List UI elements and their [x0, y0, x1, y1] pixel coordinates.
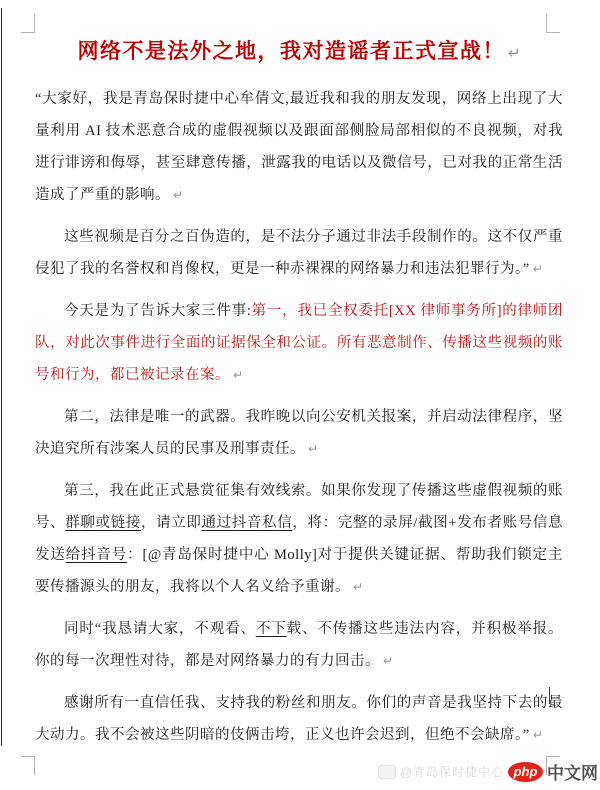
margin-crop-mark-bottom-left: [21, 756, 35, 775]
site-name-label: 中文网: [547, 759, 598, 784]
underlined-text-no-download: 不下: [256, 621, 287, 637]
paragraph-mark-icon: ↵: [508, 44, 521, 62]
document-body: 网络不是法外之地，我对造谣者正式宣战！↵ “大家好，我是青岛保时捷中心牟倩文,最…: [35, 36, 563, 761]
paragraph-text: 今天是为了告诉大家三件事:: [64, 303, 251, 319]
paragraph-point-three: 第三，我在此正式悬赏征集有效线索。如果你发现了传播这些虚假视频的账号、群聊或链接…: [35, 475, 563, 603]
page-left-border: [1, 8, 2, 746]
underlined-text-douyin-dm: 通过抖音私信: [202, 515, 293, 531]
margin-crop-mark-top-left: [21, 14, 35, 33]
php-logo: php: [508, 762, 543, 782]
paragraph-appeal: 同时“我恳请大家，不观看、不下载、不传播这些违法内容，并积极举报。你的每一次理性…: [35, 613, 563, 677]
paragraph-fake-videos: 这些视频是百分之百伪造的，是不法分子通过非法手段制作的。这不仅严重侵犯了我的名誉…: [35, 221, 563, 285]
php-logo-text: php: [514, 765, 538, 778]
page-title: 网络不是法外之地，我对造谣者正式宣战！↵: [35, 36, 563, 68]
paragraph-text: 同时“我恳请大家，不观看、: [64, 621, 256, 637]
paragraph-mark-icon: ↵: [533, 262, 543, 276]
document-page: 网络不是法外之地，我对造谣者正式宣战！↵ “大家好，我是青岛保时捷中心牟倩文,最…: [0, 0, 600, 790]
text-cursor: [549, 687, 550, 704]
paragraph-mark-icon: ↵: [233, 368, 243, 382]
paragraph-mark-icon: ↵: [533, 728, 543, 742]
watermark-faint-text: @青岛保时捷中心: [400, 763, 504, 780]
paragraph-mark-icon: ↵: [383, 654, 393, 668]
paragraph-text: “大家好，我是青岛保时捷中心牟倩文,最近我和我的朋友发现，网络上出现了大量利用 …: [35, 91, 563, 203]
paragraph-mark-icon: ↵: [173, 188, 183, 202]
watermark-bar: @青岛保时捷中心 php 中文网: [378, 759, 598, 784]
paragraph-thanks: 感谢所有一直信任我、支持我的粉丝和朋友。你们的声音是我坚持下去的最大动力。我不会…: [35, 687, 563, 751]
paragraph-text-red: 第二，法律是唯一的武器。我昨晚以向公安机关报案，并启动法律程序，坚决追究所有涉案…: [35, 409, 563, 457]
paragraph-text-red: ，请立即: [141, 515, 202, 531]
underlined-text-group-chat: 群聊或链接: [65, 515, 141, 531]
paragraph-mark-icon: ↵: [308, 442, 318, 456]
underlined-text-douyin-account: 给抖音号: [66, 547, 127, 563]
paragraph-intro: “大家好，我是青岛保时捷中心牟倩文,最近我和我的朋友发现，网络上出现了大量利用 …: [35, 83, 563, 211]
paragraph-text: 这些视频是百分之百伪造的，是不法分子通过非法手段制作的。这不仅严重侵犯了我的名誉…: [35, 229, 563, 277]
paragraph-text: 感谢所有一直信任我、支持我的粉丝和朋友。你们的声音是我坚持下去的最大动力。我不会…: [35, 695, 563, 743]
paragraph-point-one: 今天是为了告诉大家三件事:第一，我已全权委托[XX 律师事务所]的律师团队，对此…: [35, 295, 563, 391]
title-text: 网络不是法外之地，我对造谣者正式宣战！: [77, 39, 505, 63]
paragraph-point-two: 第二，法律是唯一的武器。我昨晚以向公安机关报案，并启动法律程序，坚决追究所有涉案…: [35, 401, 563, 465]
paragraph-mark-icon: ↵: [353, 580, 363, 594]
watermark-icon: [378, 765, 396, 779]
margin-crop-mark-top-right: [546, 14, 560, 33]
